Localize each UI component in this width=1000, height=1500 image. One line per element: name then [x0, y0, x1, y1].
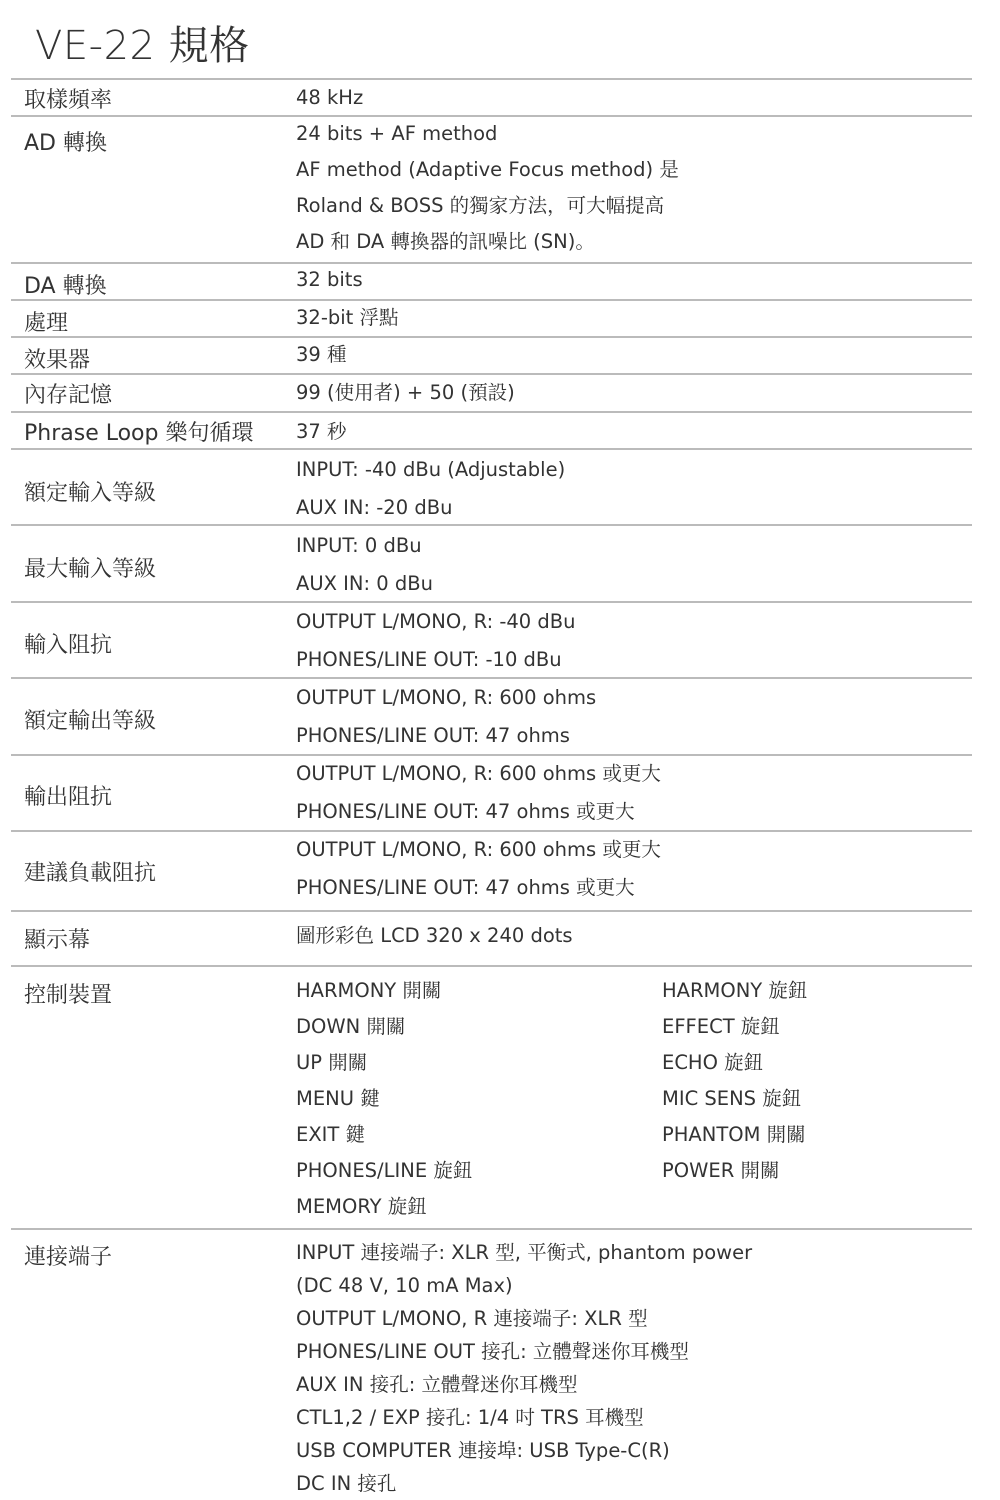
spec-label: AD 轉換	[24, 126, 107, 157]
spec-value-line: INPUT: -40 dBu (Adjustable)	[296, 451, 565, 489]
spec-label: 額定輸入等級	[24, 476, 156, 507]
spec-value-line: OUTPUT L/MONO, R: 600 ohms 或更大	[296, 831, 661, 869]
spec-value: 99 (使用者) + 50 (預設)	[296, 375, 515, 411]
spec-value-line: PHONES/LINE OUT: 47 ohms 或更大	[296, 793, 661, 831]
spec-value: 48 kHz	[296, 80, 363, 116]
spec-label: 輸出阻抗	[24, 780, 112, 811]
control-item: DOWN 開關	[296, 1009, 472, 1045]
spec-label: 輸入阻抗	[24, 628, 112, 659]
control-item: POWER 開關	[662, 1153, 807, 1189]
divider	[11, 448, 972, 450]
control-item: MEMORY 旋鈕	[296, 1189, 472, 1225]
divider	[11, 78, 972, 80]
spec-value-line: INPUT 連接端子: XLR 型, 平衡式, phantom power	[296, 1236, 752, 1269]
spec-value: INPUT: 0 dBu AUX IN: 0 dBu	[296, 527, 433, 603]
spec-label: 內存記憶	[24, 378, 112, 409]
spec-value: 37 秒	[296, 414, 347, 450]
control-item: MENU 鍵	[296, 1081, 472, 1117]
spec-value-line: OUTPUT L/MONO, R: 600 ohms	[296, 679, 596, 717]
controls-column-1: HARMONY 開關 DOWN 開關 UP 開關 MENU 鍵 EXIT 鍵 P…	[296, 973, 472, 1225]
spec-value-line: DC IN 接孔	[296, 1467, 752, 1500]
page-title: VE-22 規格	[35, 18, 250, 74]
spec-value-line: CTL1,2 / EXP 接孔: 1/4 吋 TRS 耳機型	[296, 1401, 752, 1434]
spec-value: 圖形彩色 LCD 320 x 240 dots	[296, 918, 573, 954]
control-item: EXIT 鍵	[296, 1117, 472, 1153]
spec-value-line: OUTPUT L/MONO, R: -40 dBu	[296, 603, 576, 641]
controls-column-2: HARMONY 旋鈕 EFFECT 旋鈕 ECHO 旋鈕 MIC SENS 旋鈕…	[662, 973, 807, 1189]
spec-label: Phrase Loop 樂句循環	[24, 416, 253, 447]
spec-value-line: 37 秒	[296, 414, 347, 450]
divider	[11, 965, 972, 967]
spec-value-line: OUTPUT L/MONO, R: 600 ohms 或更大	[296, 755, 661, 793]
spec-label: 控制裝置	[24, 978, 112, 1009]
spec-value-line: (DC 48 V, 10 mA Max)	[296, 1269, 752, 1302]
spec-value-line: AD 和 DA 轉換器的訊噪比 (SN)。	[296, 224, 679, 260]
spec-value: OUTPUT L/MONO, R: -40 dBu PHONES/LINE OU…	[296, 603, 576, 679]
spec-value: 32-bit 浮點	[296, 300, 399, 336]
spec-label: 處理	[24, 306, 68, 337]
spec-label: 效果器	[24, 343, 90, 374]
spec-value: INPUT 連接端子: XLR 型, 平衡式, phantom power (D…	[296, 1236, 752, 1500]
spec-value-line: PHONES/LINE OUT 接孔: 立體聲迷你耳機型	[296, 1335, 752, 1368]
divider	[11, 910, 972, 912]
spec-value-line: AUX IN: -20 dBu	[296, 489, 565, 527]
spec-value-line: 32 bits	[296, 262, 363, 298]
spec-label: 額定輸出等級	[24, 704, 156, 735]
spec-value-line: PHONES/LINE OUT: 47 ohms	[296, 717, 596, 755]
divider	[11, 411, 972, 413]
control-item: EFFECT 旋鈕	[662, 1009, 807, 1045]
spec-value: OUTPUT L/MONO, R: 600 ohms 或更大 PHONES/LI…	[296, 755, 661, 831]
spec-value: 39 種	[296, 337, 347, 373]
spec-value: 32 bits	[296, 262, 363, 298]
spec-value-line: 32-bit 浮點	[296, 300, 399, 336]
divider	[11, 1228, 972, 1230]
divider	[11, 299, 972, 301]
control-item: PHANTOM 開關	[662, 1117, 807, 1153]
spec-value-line: PHONES/LINE OUT: -10 dBu	[296, 641, 576, 679]
control-item: HARMONY 開關	[296, 973, 472, 1009]
spec-label: DA 轉換	[24, 269, 107, 300]
divider	[11, 262, 972, 264]
control-item: ECHO 旋鈕	[662, 1045, 807, 1081]
spec-label: 建議負載阻抗	[24, 856, 156, 887]
spec-label: 取樣頻率	[24, 83, 112, 114]
spec-value-line: AUX IN: 0 dBu	[296, 565, 433, 603]
control-item: MIC SENS 旋鈕	[662, 1081, 807, 1117]
spec-value-line: 48 kHz	[296, 80, 363, 116]
spec-value-line: AUX IN 接孔: 立體聲迷你耳機型	[296, 1368, 752, 1401]
spec-value-line: 39 種	[296, 337, 347, 373]
control-item: PHONES/LINE 旋鈕	[296, 1153, 472, 1189]
spec-value: OUTPUT L/MONO, R: 600 ohms 或更大 PHONES/LI…	[296, 831, 661, 907]
spec-value-line: PHONES/LINE OUT: 47 ohms 或更大	[296, 869, 661, 907]
spec-value-line: INPUT: 0 dBu	[296, 527, 433, 565]
spec-value: OUTPUT L/MONO, R: 600 ohms PHONES/LINE O…	[296, 679, 596, 755]
spec-value-line: Roland & BOSS 的獨家方法，可大幅提高	[296, 188, 679, 224]
spec-value: 24 bits + AF method AF method (Adaptive …	[296, 116, 679, 260]
spec-value-line: OUTPUT L/MONO, R 連接端子: XLR 型	[296, 1302, 752, 1335]
spec-label: 最大輸入等級	[24, 552, 156, 583]
control-item: UP 開關	[296, 1045, 472, 1081]
spec-value-line: USB COMPUTER 連接埠: USB Type-C(R)	[296, 1434, 752, 1467]
spec-label: 連接端子	[24, 1240, 112, 1271]
divider	[11, 336, 972, 338]
spec-value-line: 圖形彩色 LCD 320 x 240 dots	[296, 918, 573, 954]
spec-value-line: 24 bits + AF method	[296, 116, 679, 152]
control-item: HARMONY 旋鈕	[662, 973, 807, 1009]
spec-label: 顯示幕	[24, 923, 90, 954]
spec-value: INPUT: -40 dBu (Adjustable) AUX IN: -20 …	[296, 451, 565, 527]
spec-value-line: AF method (Adaptive Focus method) 是	[296, 152, 679, 188]
spec-value-line: 99 (使用者) + 50 (預設)	[296, 375, 515, 411]
